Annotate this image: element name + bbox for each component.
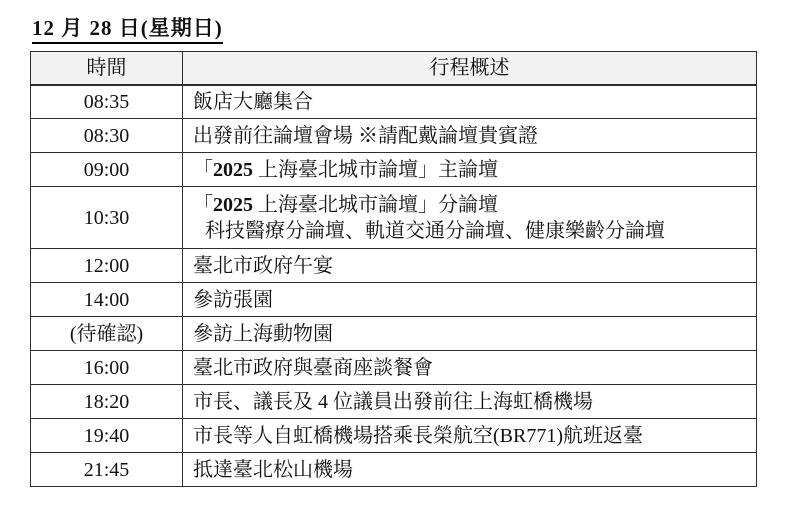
forum-year-bold: 2025 xyxy=(213,159,253,181)
activity-cell: 參訪上海動物園 xyxy=(183,317,757,351)
activity-line-1: 「2025 上海臺北城市論壇」分論壇 xyxy=(193,192,750,218)
activity-cell: 臺北市政府與臺商座談餐會 xyxy=(183,351,757,385)
time-cell: 09:00 xyxy=(31,153,183,187)
time-column-header: 時間 xyxy=(31,52,183,85)
schedule-row-1600: 16:00 臺北市政府與臺商座談餐會 xyxy=(31,351,757,385)
activity-cell: 市長等人自虹橋機場搭乘長榮航空(BR771)航班返臺 xyxy=(183,419,757,453)
overview-column-header: 行程概述 xyxy=(183,52,757,85)
time-cell: 08:35 xyxy=(31,85,183,119)
schedule-row-tbc: (待確認) 參訪上海動物園 xyxy=(31,317,757,351)
activity-cell: 飯店大廳集合 xyxy=(183,85,757,119)
schedule-row-1940: 19:40 市長等人自虹橋機場搭乘長榮航空(BR771)航班返臺 xyxy=(31,419,757,453)
time-cell: 21:45 xyxy=(31,453,183,487)
document-page: 12 月 28 日(星期日) 時間 行程概述 08:35 飯店大廳集合 08:3… xyxy=(0,0,799,524)
time-cell: 08:30 xyxy=(31,119,183,153)
schedule-row-1200: 12:00 臺北市政府午宴 xyxy=(31,249,757,283)
schedule-row-0830: 08:30 出發前往論壇會場 ※請配戴論壇貴賓證 xyxy=(31,119,757,153)
schedule-row-1030: 10:30 「2025 上海臺北城市論壇」分論壇 科技醫療分論壇、軌道交通分論壇… xyxy=(31,187,757,249)
time-cell: 18:20 xyxy=(31,385,183,419)
time-cell: 14:00 xyxy=(31,283,183,317)
activity-cell: 出發前往論壇會場 ※請配戴論壇貴賓證 xyxy=(183,119,757,153)
activity-cell: 「2025 上海臺北城市論壇」分論壇 科技醫療分論壇、軌道交通分論壇、健康樂齡分… xyxy=(183,187,757,249)
schedule-row-1820: 18:20 市長、議長及 4 位議員出發前往上海虹橋機場 xyxy=(31,385,757,419)
schedule-row-0900: 09:00 「2025 上海臺北城市論壇」主論壇 xyxy=(31,153,757,187)
activity-cell: 臺北市政府午宴 xyxy=(183,249,757,283)
activity-cell: 市長、議長及 4 位議員出發前往上海虹橋機場 xyxy=(183,385,757,419)
activity-cell: 抵達臺北松山機場 xyxy=(183,453,757,487)
time-cell: (待確認) xyxy=(31,317,183,351)
schedule-table: 時間 行程概述 08:35 飯店大廳集合 08:30 出發前往論壇會場 ※請配戴… xyxy=(30,51,757,487)
activity-cell: 參訪張園 xyxy=(183,283,757,317)
activity-line-2: 科技醫療分論壇、軌道交通分論壇、健康樂齡分論壇 xyxy=(193,218,750,244)
forum-year-bold: 2025 xyxy=(213,194,253,216)
schedule-row-0835: 08:35 飯店大廳集合 xyxy=(31,85,757,119)
activity-cell: 「2025 上海臺北城市論壇」主論壇 xyxy=(183,153,757,187)
time-cell: 16:00 xyxy=(31,351,183,385)
time-cell: 10:30 xyxy=(31,187,183,249)
schedule-row-1400: 14:00 參訪張園 xyxy=(31,283,757,317)
table-header-row: 時間 行程概述 xyxy=(31,52,757,85)
schedule-row-2145: 21:45 抵達臺北松山機場 xyxy=(31,453,757,487)
activity-text: 「2025 上海臺北城市論壇」主論壇 xyxy=(193,159,498,181)
date-heading: 12 月 28 日(星期日) xyxy=(32,16,223,44)
time-cell: 12:00 xyxy=(31,249,183,283)
time-cell: 19:40 xyxy=(31,419,183,453)
